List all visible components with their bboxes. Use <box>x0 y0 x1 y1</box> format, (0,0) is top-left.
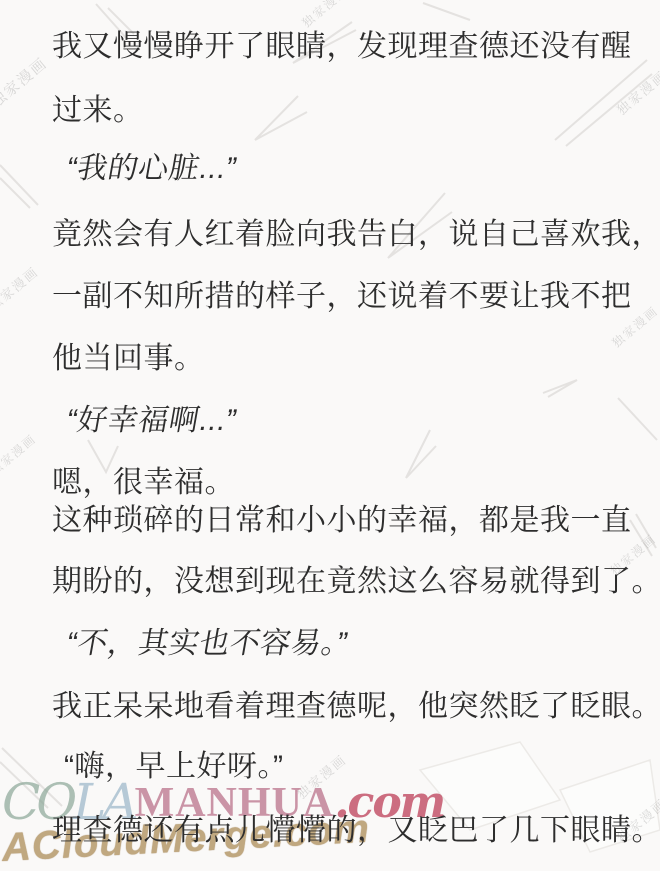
quote-line: “嗨，早上好呀。” <box>64 750 283 784</box>
text-line: 我又慢慢睁开了眼睛，发现理查德还没有醒 <box>52 30 632 64</box>
text-line: 这种琐碎的日常和小小的幸福，都是我一直 <box>52 504 632 538</box>
text-line: 理查德还有点儿懵懵的，又眨巴了几下眼睛。 <box>52 814 660 848</box>
quote-line: “好幸福啊...” <box>64 404 239 438</box>
text-line: 我正呆呆地看着理查德呢，他突然眨了眨眼。 <box>52 690 660 724</box>
text-line: 他当回事。 <box>52 342 205 376</box>
text-line: 过来。 <box>52 94 144 128</box>
quote-line: “不，其实也不容易。” <box>64 627 350 661</box>
text-line: 一副不知所措的样子，还说着不要让我不把 <box>52 280 632 314</box>
text-line: 嗯，很幸福。 <box>52 466 235 500</box>
text-line: 期盼的，没想到现在竟然这么容易就得到了。 <box>52 565 660 599</box>
quote-line: “我的心脏...” <box>64 152 239 186</box>
text-line: 竟然会有人红着脸向我告白，说自己喜欢我， <box>52 218 660 252</box>
novel-text-page: 独家漫画 独家漫画 独家漫画 独家漫画 独家漫画 独家漫画 独家漫画 独家漫画 … <box>0 0 660 871</box>
